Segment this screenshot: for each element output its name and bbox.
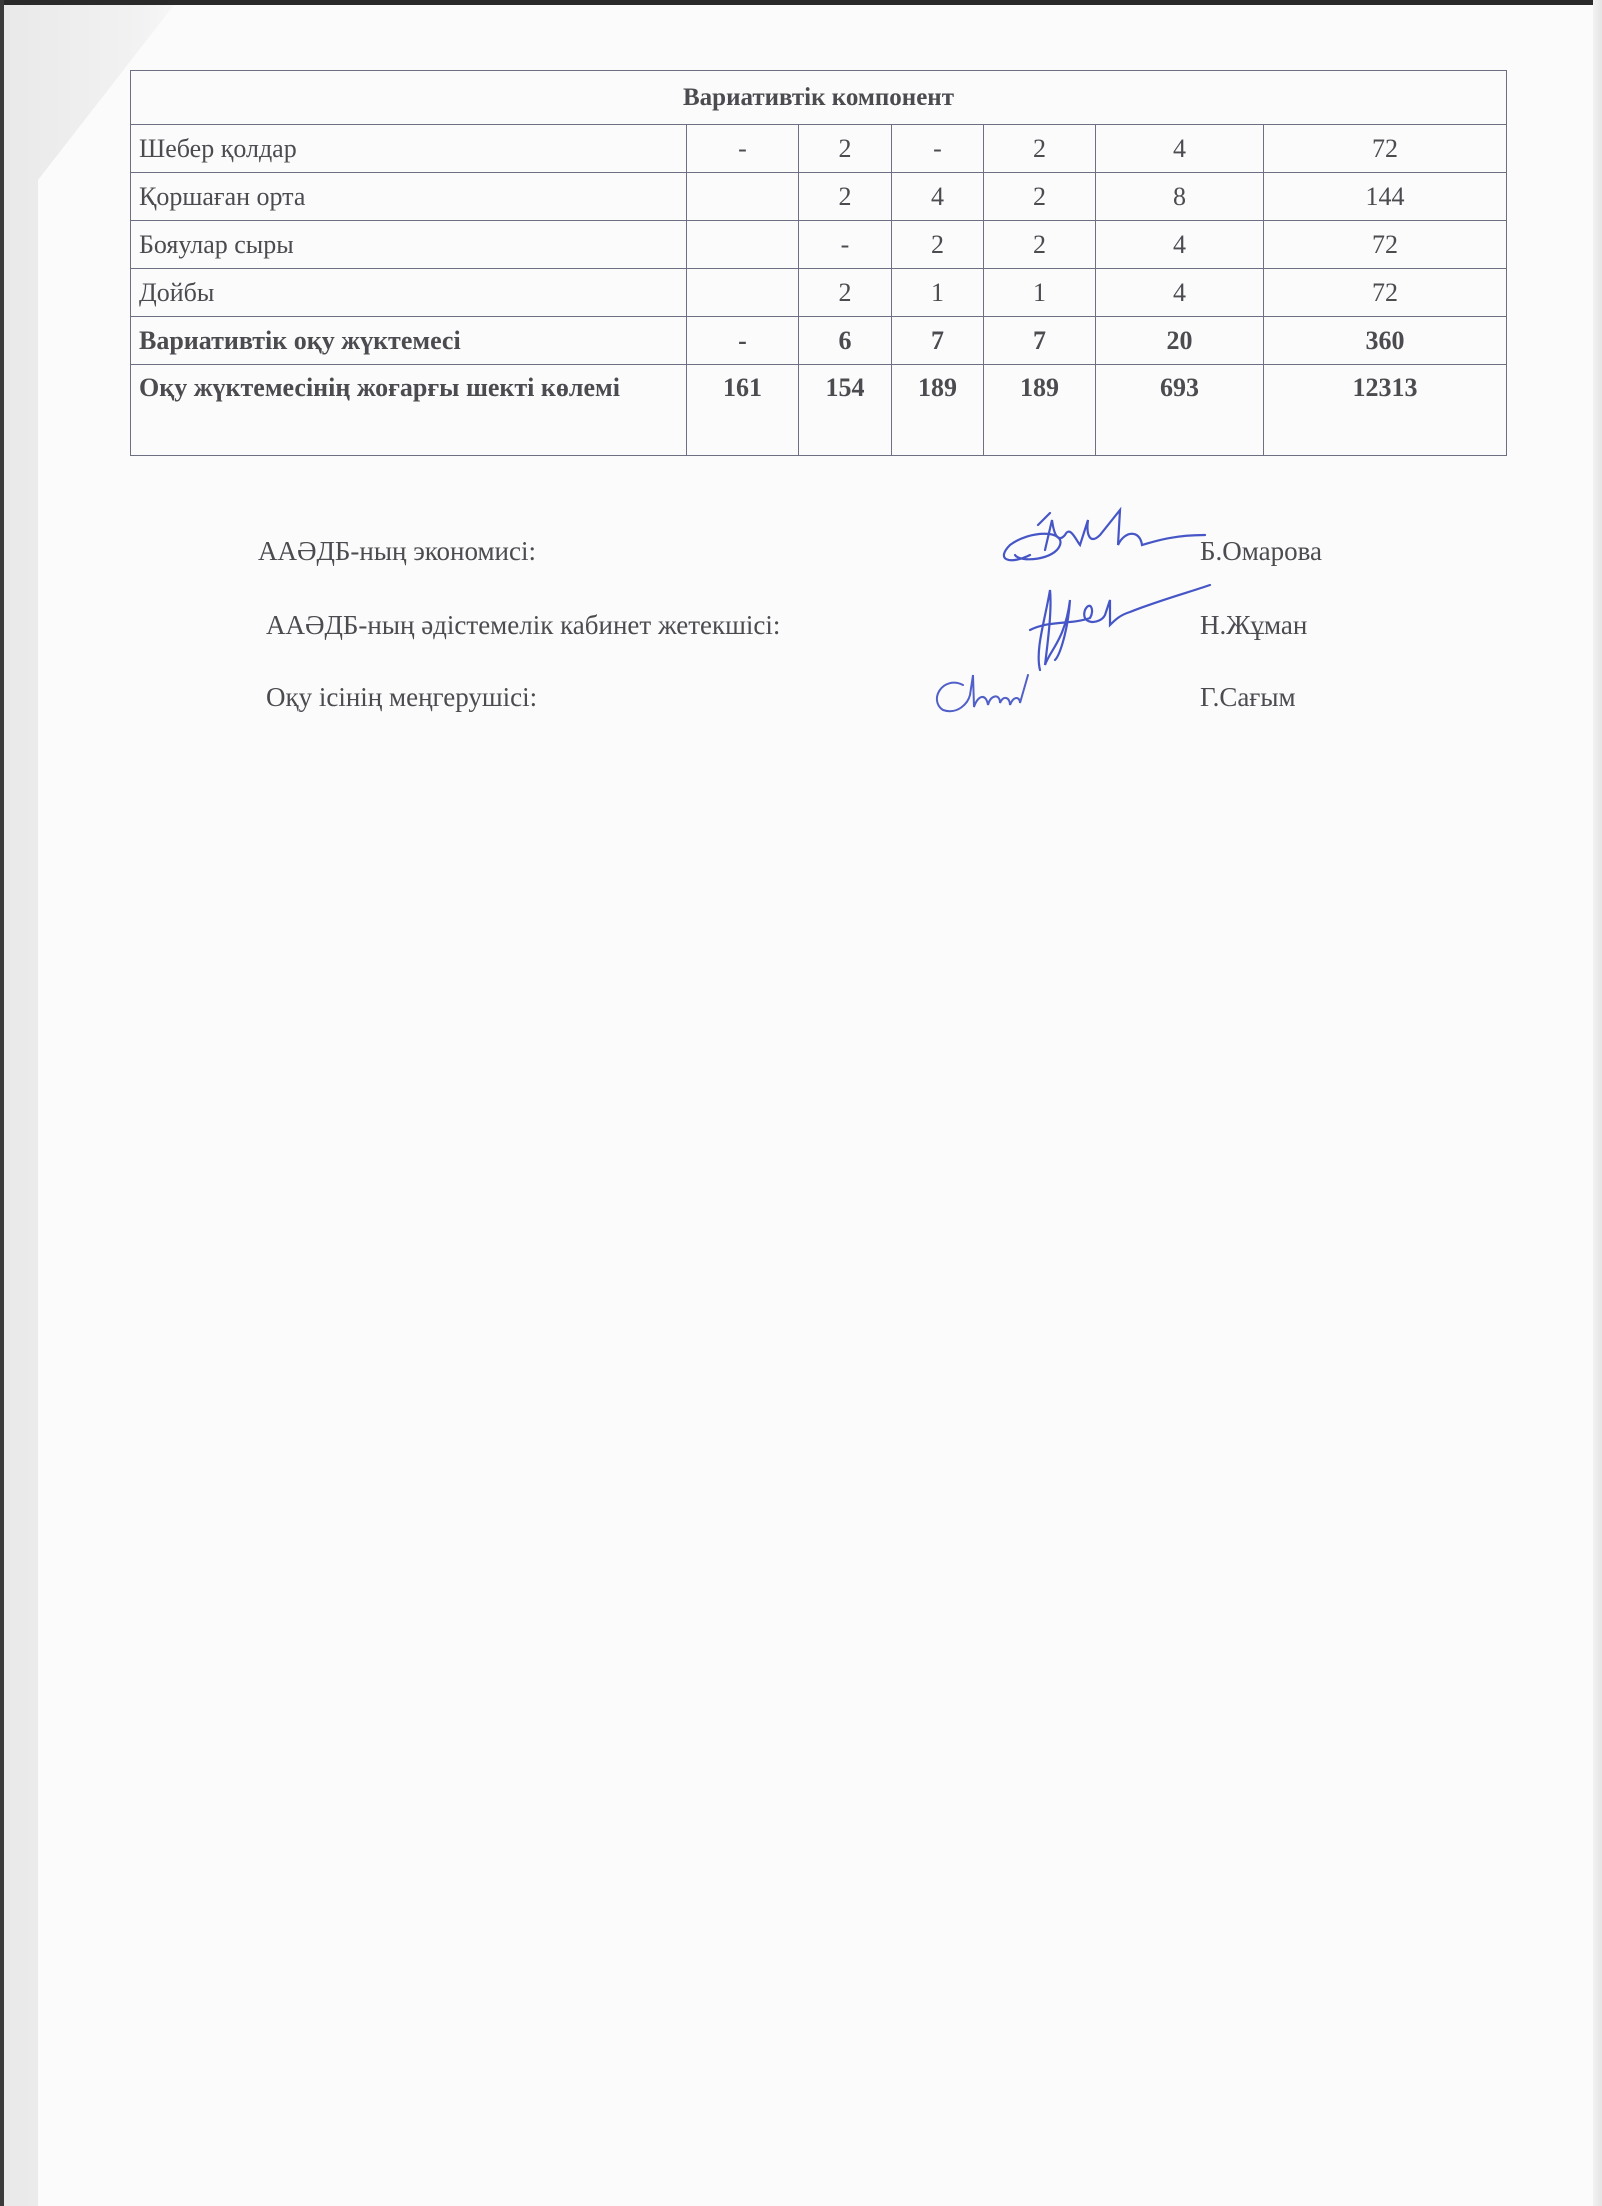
cell-value: 20 bbox=[1096, 317, 1264, 365]
cell-value: 2 bbox=[984, 173, 1096, 221]
cell-value: 2 bbox=[984, 125, 1096, 173]
table-row: Дойбы211472 bbox=[131, 269, 1507, 317]
cell-value: - bbox=[687, 317, 799, 365]
cell-value: 1 bbox=[984, 269, 1096, 317]
cell-value bbox=[687, 269, 799, 317]
signatory-role: ААӘДБ-ның әдістемелік кабинет жетекшісі: bbox=[266, 610, 780, 641]
cell-value: 4 bbox=[1096, 269, 1264, 317]
cell-value: 7 bbox=[892, 317, 984, 365]
cell-value: 4 bbox=[1096, 125, 1264, 173]
subtotal-row: Вариативтік оқу жүктемесі-67720360 bbox=[131, 317, 1507, 365]
cell-value bbox=[687, 221, 799, 269]
cell-value: 2 bbox=[892, 221, 984, 269]
scan-edge-right bbox=[1593, 0, 1602, 2206]
cell-value: 4 bbox=[892, 173, 984, 221]
cell-value: 360 bbox=[1264, 317, 1507, 365]
handwritten-signature-icon bbox=[928, 665, 1048, 720]
scan-edge-top bbox=[0, 0, 1602, 5]
curriculum-load-table: Вариативтік компонент Шебер қолдар-2-247… bbox=[130, 70, 1507, 456]
table-row: Қоршаған орта2428144 bbox=[131, 173, 1507, 221]
subject-name: Қоршаған орта bbox=[131, 173, 687, 221]
cell-value: - bbox=[799, 221, 892, 269]
scan-edge-left bbox=[0, 0, 4, 2206]
subject-name: Вариативтік оқу жүктемесі bbox=[131, 317, 687, 365]
subject-name: Бояулар сыры bbox=[131, 221, 687, 269]
table-row: Бояулар сыры-22472 bbox=[131, 221, 1507, 269]
cell-value: - bbox=[687, 125, 799, 173]
cell-value: 6 bbox=[799, 317, 892, 365]
cell-value: 8 bbox=[1096, 173, 1264, 221]
cell-value: 72 bbox=[1264, 269, 1507, 317]
cell-value: 72 bbox=[1264, 125, 1507, 173]
signatory-role: Оқу ісінің меңгерушісі: bbox=[266, 682, 537, 713]
signatory-name: Г.Сағым bbox=[1200, 682, 1296, 713]
total-value: 189 bbox=[892, 365, 984, 456]
total-row: Оқу жүктемесінің жоғарғы шекті көлемі161… bbox=[131, 365, 1507, 456]
table-row: Шебер қолдар-2-2472 bbox=[131, 125, 1507, 173]
cell-value: 1 bbox=[892, 269, 984, 317]
cell-value: 72 bbox=[1264, 221, 1507, 269]
total-value: 693 bbox=[1096, 365, 1264, 456]
cell-value: 144 bbox=[1264, 173, 1507, 221]
cell-value bbox=[687, 173, 799, 221]
total-label: Оқу жүктемесінің жоғарғы шекті көлемі bbox=[131, 365, 687, 456]
signatory-role: ААӘДБ-ның экономисі: bbox=[258, 536, 536, 567]
section-header-row: Вариативтік компонент bbox=[131, 71, 1507, 125]
total-value: 189 bbox=[984, 365, 1096, 456]
cell-value: 4 bbox=[1096, 221, 1264, 269]
subject-name: Шебер қолдар bbox=[131, 125, 687, 173]
total-value: 12313 bbox=[1264, 365, 1507, 456]
total-value: 154 bbox=[799, 365, 892, 456]
cell-value: 2 bbox=[799, 125, 892, 173]
total-value: 161 bbox=[687, 365, 799, 456]
cell-value: - bbox=[892, 125, 984, 173]
cell-value: 2 bbox=[984, 221, 1096, 269]
handwritten-signature-icon bbox=[990, 505, 1230, 585]
subject-name: Дойбы bbox=[131, 269, 687, 317]
section-header: Вариативтік компонент bbox=[131, 71, 1507, 125]
cell-value: 2 bbox=[799, 173, 892, 221]
cell-value: 7 bbox=[984, 317, 1096, 365]
cell-value: 2 bbox=[799, 269, 892, 317]
